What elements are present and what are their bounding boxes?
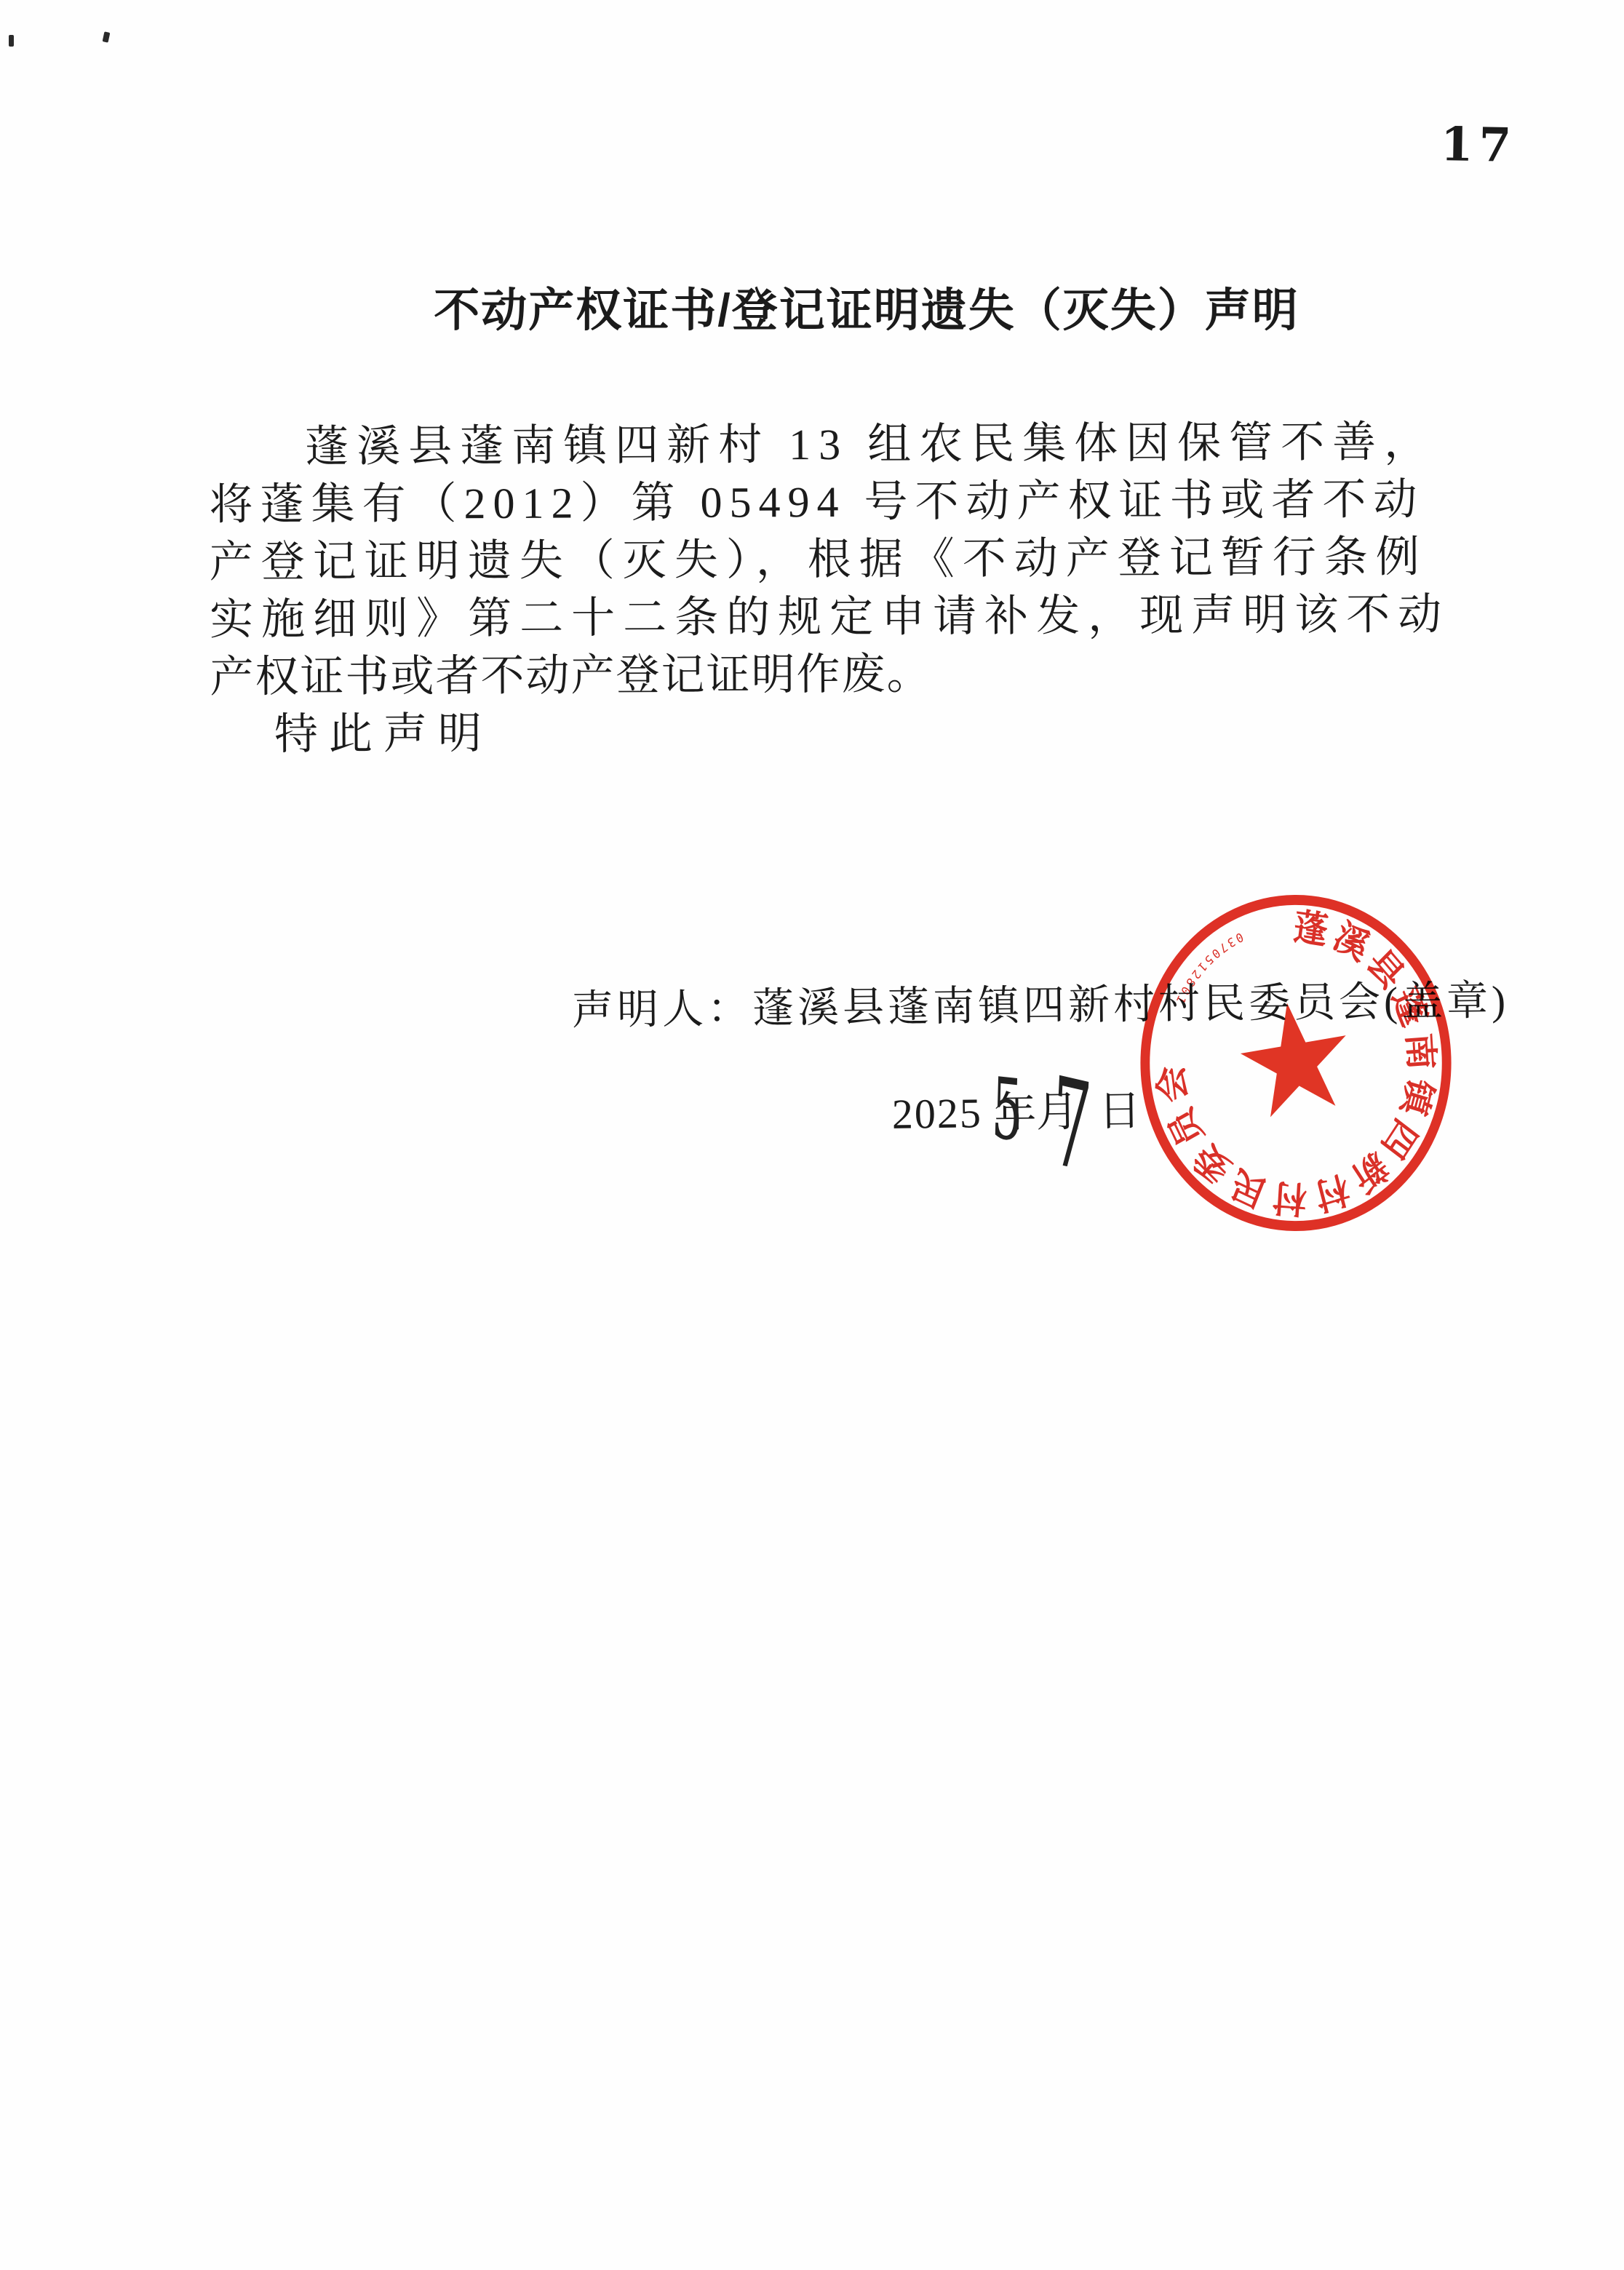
body-line: 实施细则》第二十二条的规定申请补发，现声明该不动 [210, 586, 1451, 648]
date-line: 2025 年 5 月 7 日 [891, 1074, 1302, 1269]
body-line: 产登记证明遗失（灭失），根据《不动产登记暂行条例 [210, 528, 1451, 591]
scan-artifact [9, 35, 14, 47]
declaration-paragraph: 蓬溪县蓬南镇四新村 13 组农民集体因保管不善， 将蓬集有（2012）第 054… [209, 413, 1452, 763]
declarant-line: 声明人：蓬溪县蓬南镇四新村村民委员会(盖章) [572, 967, 1510, 1036]
scanned-document-page: 17 不动产权证书/登记证明遗失（灭失）声明 蓬溪县蓬南镇四新村 13 组农民集… [0, 0, 1624, 2270]
date-day-label: 日 [1098, 1076, 1141, 1138]
page-number: 17 [1440, 117, 1517, 173]
handwritten-month-digit: 5 [990, 1059, 1024, 1160]
closing-line: 特此声明 [274, 701, 1452, 763]
body-line: 将蓬集有（2012）第 05494 号不动产权证书或者不动 [209, 471, 1450, 533]
scan-artifact [103, 31, 111, 42]
body-line: 产权证书或者不动产登记证明作废。 [210, 643, 1451, 706]
document-title: 不动产权证书/登记证明遗失（灭失）声明 [0, 274, 1624, 340]
handwritten-day-digit: 7 [1048, 1050, 1094, 1200]
body-line: 蓬溪县蓬南镇四新村 13 组农民集体因保管不善， [209, 413, 1450, 476]
